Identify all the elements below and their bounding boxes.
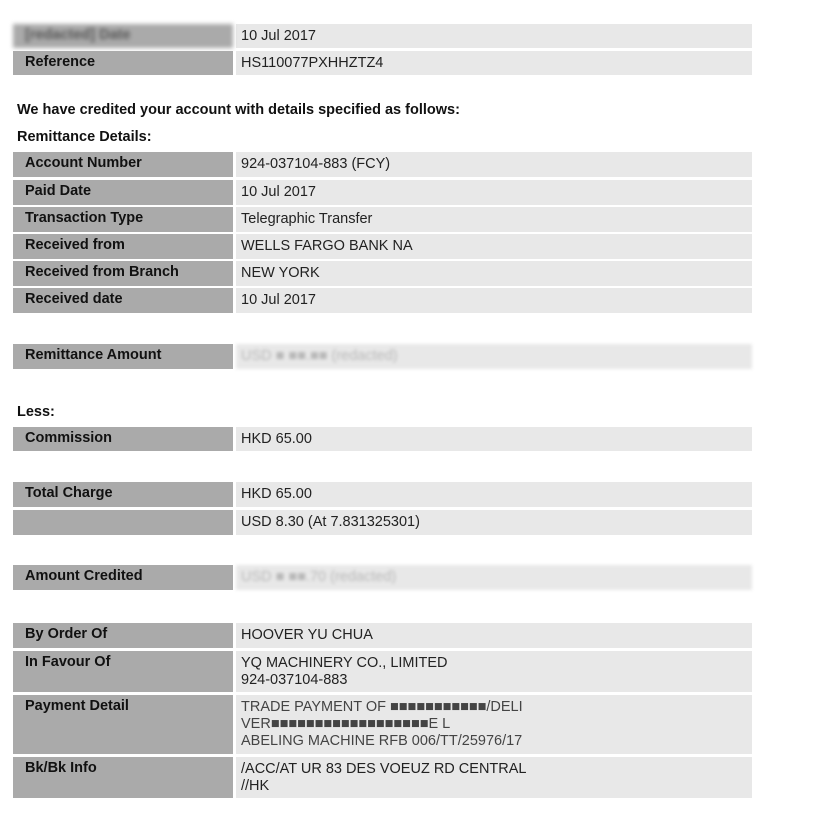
row-by-order-of: By Order Of HOOVER YU CHUA [13,623,752,648]
value-bk-info: /ACC/AT UR 83 DES VOEUZ RD CENTRAL //HK [236,757,752,798]
value-date: 10 Jul 2017 [236,24,752,48]
row-received-from-branch: Received from Branch NEW YORK [13,261,752,286]
value-transaction-type: Telegraphic Transfer [236,207,752,232]
bk-info-line-2: //HK [241,778,752,795]
label-date: [redacted] Date [13,24,233,48]
label-reference: Reference [13,51,233,75]
row-total-charge: Total Charge HKD 65.00 [13,482,752,507]
label-bk-info: Bk/Bk Info [13,757,233,798]
in-favour-of-account: 924-037104-883 [241,672,752,689]
label-received-date: Received date [13,288,233,313]
row-bk-info: Bk/Bk Info /ACC/AT UR 83 DES VOEUZ RD CE… [13,757,752,798]
label-amount-credited: Amount Credited [13,565,233,590]
payment-detail-line-1: TRADE PAYMENT OF ■■■■■■■■■■■/DELI [241,699,752,716]
value-received-from-branch: NEW YORK [236,261,752,286]
in-favour-of-name: YQ MACHINERY CO., LIMITED [241,655,752,672]
value-amount-credited: USD ■ ■■.70 (redacted) [236,565,752,590]
less-heading: Less: [17,404,55,420]
label-remittance-amount: Remittance Amount [13,344,233,369]
value-reference: HS110077PXHHZTZ4 [236,51,752,75]
label-total-charge: Total Charge [13,482,233,507]
label-received-from: Received from [13,234,233,259]
row-amount-credited: Amount Credited USD ■ ■■.70 (redacted) [13,565,752,590]
label-paid-date: Paid Date [13,180,233,205]
row-paid-date: Paid Date 10 Jul 2017 [13,180,752,205]
remittance-heading: Remittance Details: [17,129,152,145]
value-by-order-of: HOOVER YU CHUA [236,623,752,648]
value-received-from: WELLS FARGO BANK NA [236,234,752,259]
value-received-date: 10 Jul 2017 [236,288,752,313]
value-account-number: 924-037104-883 (FCY) [236,152,752,177]
payment-detail-line-2: VER■■■■■■■■■■■■■■■■■■E L [241,716,752,733]
label-payment-detail: Payment Detail [13,695,233,754]
value-total-charge-usd: USD 8.30 (At 7.831325301) [236,510,752,535]
label-received-from-branch: Received from Branch [13,261,233,286]
row-remittance-amount: Remittance Amount USD ■ ■■.■■ (redacted) [13,344,752,369]
row-received-date: Received date 10 Jul 2017 [13,288,752,313]
value-payment-detail: TRADE PAYMENT OF ■■■■■■■■■■■/DELI VER■■■… [236,695,752,754]
value-total-charge-hkd: HKD 65.00 [236,482,752,507]
label-by-order-of: By Order Of [13,623,233,648]
row-in-favour-of: In Favour Of YQ MACHINERY CO., LIMITED 9… [13,651,752,692]
row-account-number: Account Number 924-037104-883 (FCY) [13,152,752,177]
label-transaction-type: Transaction Type [13,207,233,232]
row-reference: Reference HS110077PXHHZTZ4 [13,51,752,75]
row-date: [redacted] Date 10 Jul 2017 [13,24,752,48]
row-transaction-type: Transaction Type Telegraphic Transfer [13,207,752,232]
label-in-favour-of: In Favour Of [13,651,233,692]
label-total-charge-empty [13,510,233,535]
bk-info-line-1: /ACC/AT UR 83 DES VOEUZ RD CENTRAL [241,761,752,778]
row-received-from: Received from WELLS FARGO BANK NA [13,234,752,259]
row-commission: Commission HKD 65.00 [13,427,752,451]
value-in-favour-of: YQ MACHINERY CO., LIMITED 924-037104-883 [236,651,752,692]
label-account-number: Account Number [13,152,233,177]
value-commission: HKD 65.00 [236,427,752,451]
value-paid-date: 10 Jul 2017 [236,180,752,205]
row-total-charge-usd: USD 8.30 (At 7.831325301) [13,510,752,535]
row-payment-detail: Payment Detail TRADE PAYMENT OF ■■■■■■■■… [13,695,752,754]
value-remittance-amount: USD ■ ■■.■■ (redacted) [236,344,752,369]
payment-detail-line-3: ABELING MACHINE RFB 006/TT/25976/17 [241,733,752,750]
label-commission: Commission [13,427,233,451]
intro-text: We have credited your account with detai… [17,102,460,118]
